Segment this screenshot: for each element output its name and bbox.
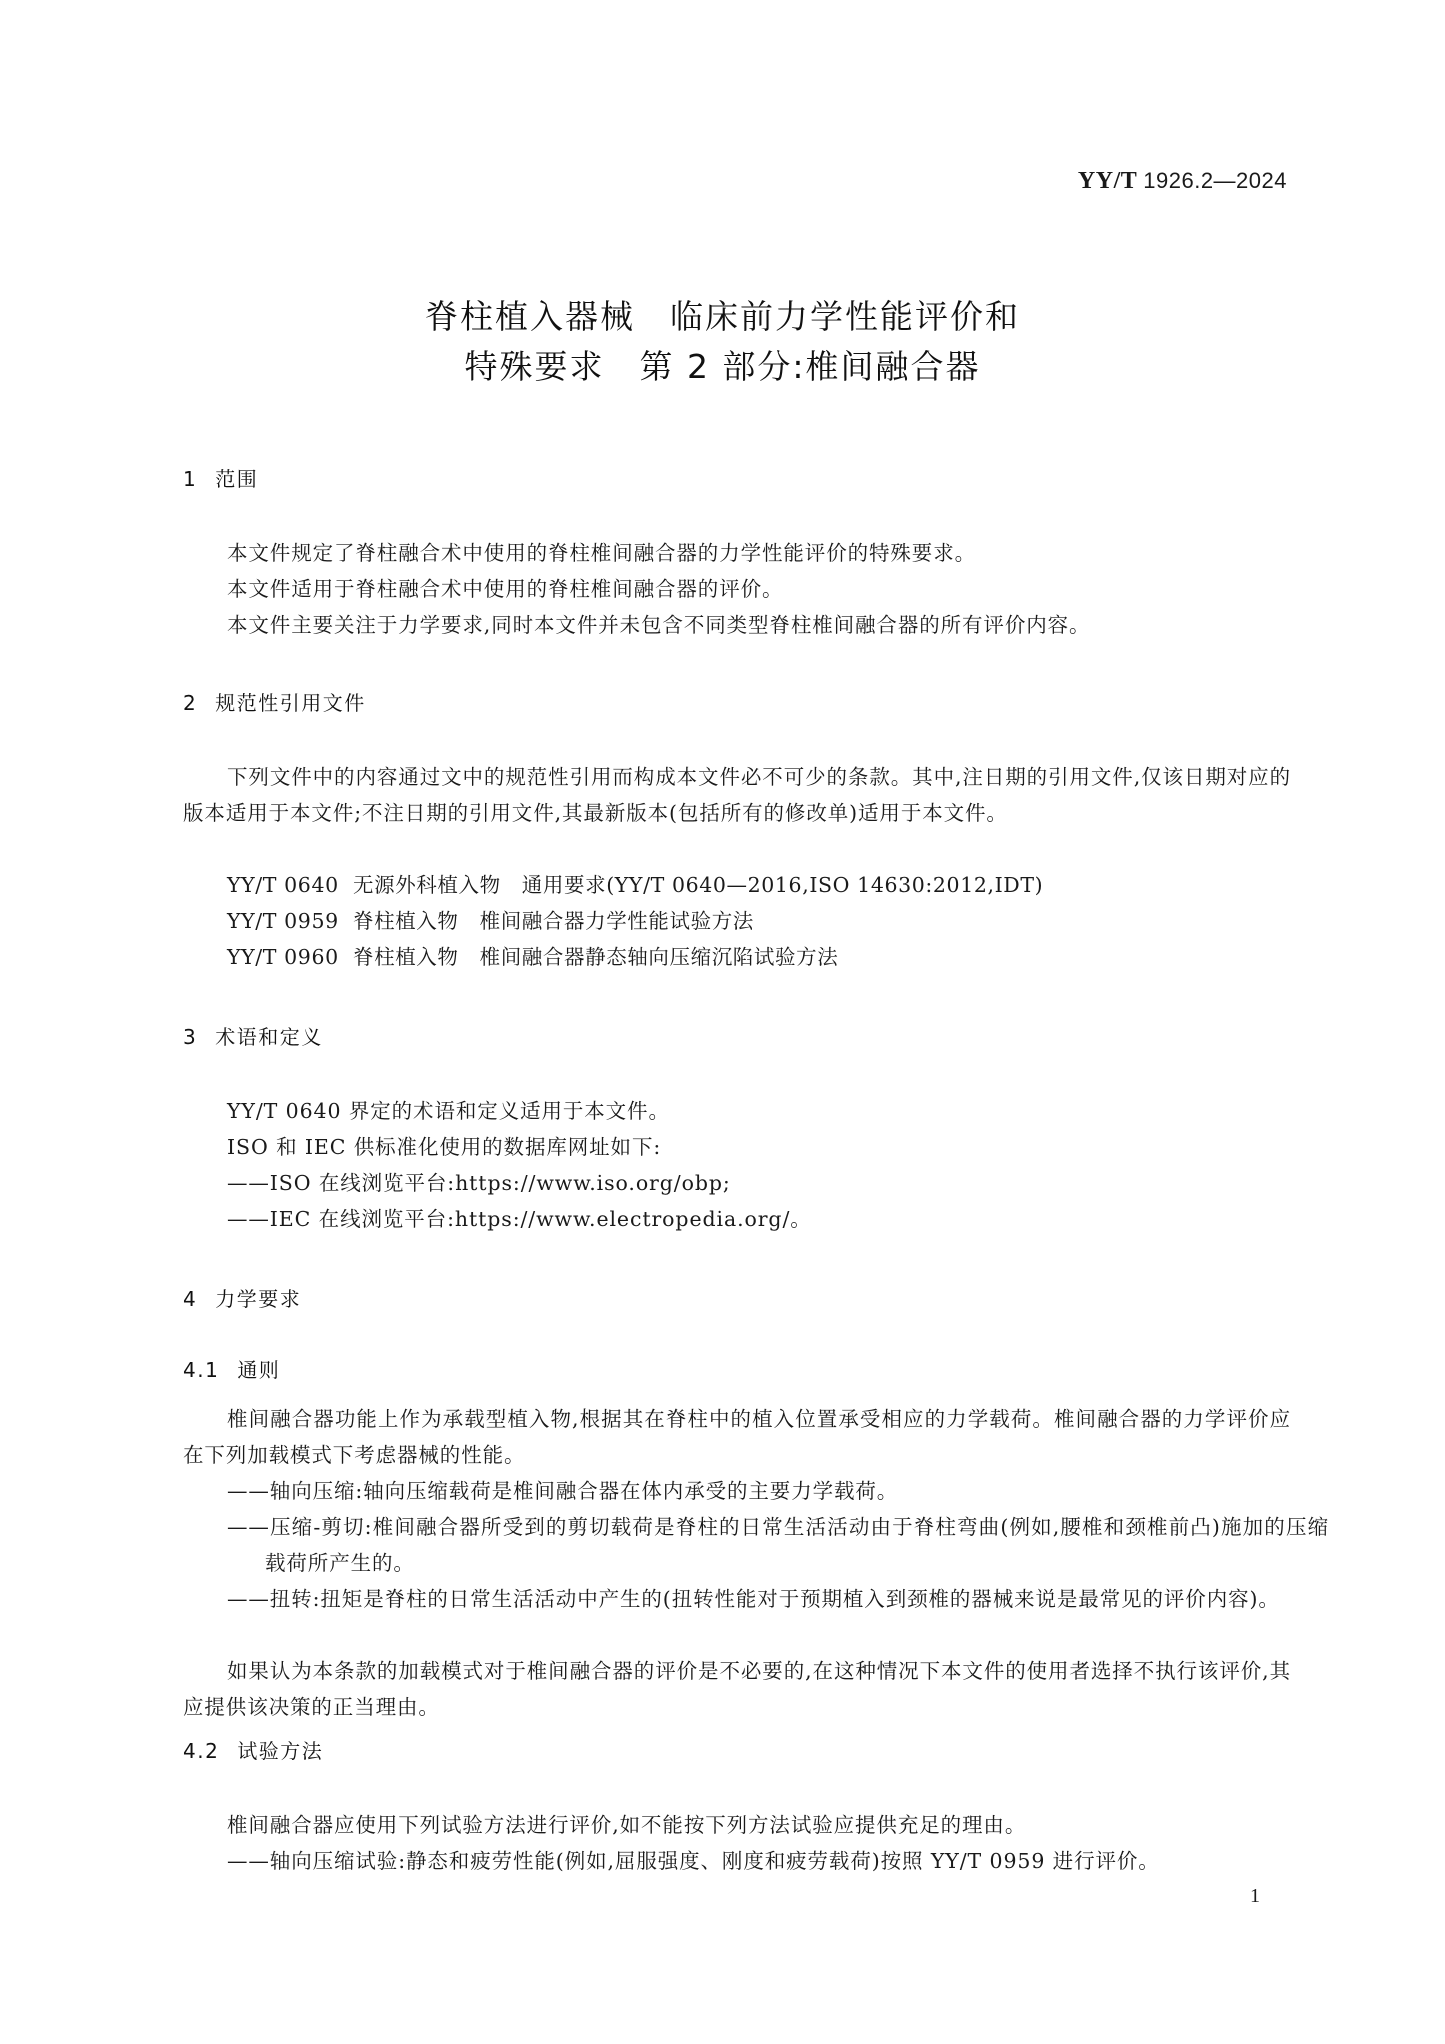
reference-item: YY/T 0640无源外科植入物 通用要求(YY/T 0640—2016,ISO… bbox=[227, 867, 1043, 903]
database-link-iec: ——IEC 在线浏览平台:https://www.electropedia.or… bbox=[183, 1201, 1291, 1237]
dash-list-item: ——轴向压缩:轴向压缩载荷是椎间融合器在体内承受的主要力学载荷。 bbox=[227, 1473, 1329, 1509]
section-4-heading: 4力学要求 bbox=[183, 1283, 301, 1312]
paragraph: YY/T 0640 界定的术语和定义适用于本文件。 bbox=[183, 1093, 1291, 1129]
subsection-4-2-heading: 4.2试验方法 bbox=[183, 1735, 323, 1764]
dash-list-item: ——扭转:扭矩是脊柱的日常生活活动中产生的(扭转性能对于预期植入到颈椎的器械来说… bbox=[227, 1581, 1329, 1617]
document-title-line-2: 特殊要求 第 2 部分:椎间融合器 bbox=[0, 342, 1445, 392]
subsection-4-1-heading: 4.1通则 bbox=[183, 1354, 280, 1383]
section-title: 规范性引用文件 bbox=[215, 691, 366, 715]
reference-code: YY/T 0959 bbox=[227, 903, 353, 939]
section-1-heading: 1范围 bbox=[183, 463, 258, 492]
reference-code: YY/T 0960 bbox=[227, 939, 353, 975]
section-title: 范围 bbox=[215, 467, 258, 491]
paragraph: 本文件适用于脊柱融合术中使用的脊柱椎间融合器的评价。 bbox=[183, 571, 1291, 607]
standard-prefix: YY/T bbox=[1078, 168, 1137, 194]
standard-number: 1926.2—2024 bbox=[1143, 168, 1287, 193]
paragraph: 椎间融合器应使用下列试验方法进行评价,如不能按下列方法试验应提供充足的理由。 bbox=[183, 1807, 1291, 1843]
section-title: 术语和定义 bbox=[215, 1025, 323, 1049]
paragraph: 下列文件中的内容通过文中的规范性引用而构成本文件必不可少的条款。其中,注日期的引… bbox=[183, 759, 1291, 831]
reference-title: 脊柱植入物 椎间融合器力学性能试验方法 bbox=[353, 909, 754, 933]
section-number: 4 bbox=[183, 1287, 197, 1311]
subsection-number: 4.2 bbox=[183, 1739, 219, 1763]
subsection-title: 通则 bbox=[237, 1358, 280, 1382]
section-2-heading: 2规范性引用文件 bbox=[183, 687, 366, 716]
paragraph: 本文件规定了脊柱融合术中使用的脊柱椎间融合器的力学性能评价的特殊要求。 bbox=[183, 535, 1291, 571]
subsection-title: 试验方法 bbox=[237, 1739, 323, 1763]
paragraph: ISO 和 IEC 供标准化使用的数据库网址如下: bbox=[183, 1129, 1291, 1165]
section-number: 2 bbox=[183, 691, 197, 715]
database-link-iso: ——ISO 在线浏览平台:https://www.iso.org/obp; bbox=[183, 1165, 1291, 1201]
reference-title: 无源外科植入物 通用要求(YY/T 0640—2016,ISO 14630:20… bbox=[353, 873, 1043, 897]
document-title-line-1: 脊柱植入器械 临床前力学性能评价和 bbox=[0, 292, 1445, 342]
section-number: 3 bbox=[183, 1025, 197, 1049]
reference-item: YY/T 0959脊柱植入物 椎间融合器力学性能试验方法 bbox=[227, 903, 754, 939]
subsection-number: 4.1 bbox=[183, 1358, 219, 1382]
section-number: 1 bbox=[183, 467, 197, 491]
reference-code: YY/T 0640 bbox=[227, 867, 353, 903]
reference-title: 脊柱植入物 椎间融合器静态轴向压缩沉陷试验方法 bbox=[353, 945, 838, 969]
standard-code: YY/T 1926.2—2024 bbox=[1078, 168, 1287, 195]
reference-item: YY/T 0960脊柱植入物 椎间融合器静态轴向压缩沉陷试验方法 bbox=[227, 939, 838, 975]
section-3-heading: 3术语和定义 bbox=[183, 1021, 323, 1050]
section-title: 力学要求 bbox=[215, 1287, 301, 1311]
page-number: 1 bbox=[1250, 1885, 1260, 1908]
dash-list-item: ——压缩-剪切:椎间融合器所受到的剪切载荷是脊柱的日常生活活动由于脊柱弯曲(例如… bbox=[227, 1509, 1329, 1581]
dash-list-item: ——轴向压缩试验:静态和疲劳性能(例如,屈服强度、刚度和疲劳载荷)按照 YY/T… bbox=[227, 1843, 1329, 1879]
paragraph: 如果认为本条款的加载模式对于椎间融合器的评价是不必要的,在这种情况下本文件的使用… bbox=[183, 1653, 1291, 1725]
document-title: 脊柱植入器械 临床前力学性能评价和 特殊要求 第 2 部分:椎间融合器 bbox=[0, 292, 1445, 392]
paragraph: 本文件主要关注于力学要求,同时本文件并未包含不同类型脊柱椎间融合器的所有评价内容… bbox=[183, 607, 1291, 643]
paragraph: 椎间融合器功能上作为承载型植入物,根据其在脊柱中的植入位置承受相应的力学载荷。椎… bbox=[183, 1401, 1291, 1473]
